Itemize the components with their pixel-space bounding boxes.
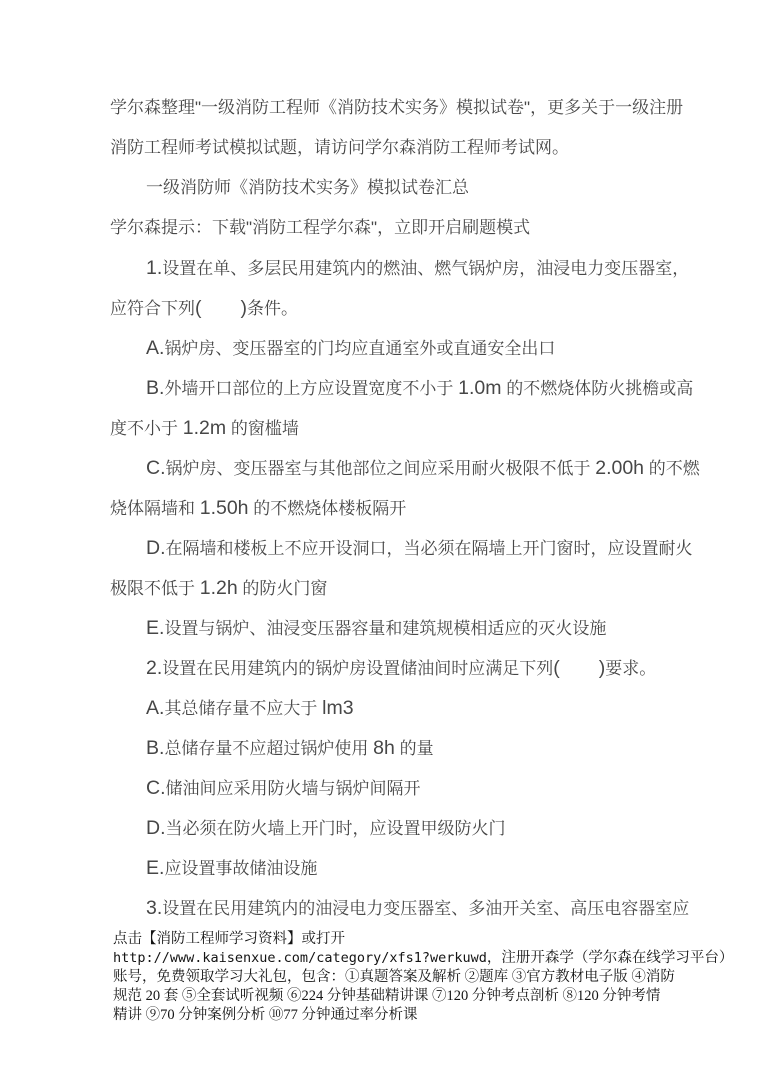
body-line: 度不小于 1.2m 的窗槛墙 [110,408,763,448]
url-link[interactable]: http://www.kaisenxue.com/category/xfs1?w… [113,950,487,966]
numeric-value: ( ) [195,297,247,319]
numeric-value: 1. [146,257,162,279]
numeric-value: A. [146,697,164,719]
document-page: 学尔森整理"一级消防工程师《消防技术实务》模拟试卷"，更多关于一级注册消防工程师… [0,0,763,1080]
text-run: 设置在单、多层民用建筑内的燃油、燃气锅炉房，油浸电力变压器室， [162,259,689,278]
numeric-value: 1.0m [458,377,501,399]
footer-line: 规范 20 套 ⑤全套试听视频 ⑥224 分钟基础精讲课 ⑦120 分钟考点剖析… [113,987,763,1006]
numeric-value: C. [146,777,166,799]
text-run: 学尔森整理"一级消防工程师《消防技术实务》模拟试卷"，更多关于一级注册 [110,98,683,117]
numeric-value: 1.2h [200,577,238,599]
footer-line: 账号，免费领取学习大礼包，包含：①真题答案及解析 ②题库 ③官方教材电子版 ④消… [113,968,763,987]
exam-body: 学尔森整理"一级消防工程师《消防技术实务》模拟试卷"，更多关于一级注册消防工程师… [0,0,763,928]
body-line: A.其总储存量不应大于 lm3 [110,688,763,728]
text-run: 烧体隔墙和 [110,499,200,518]
numeric-value: B. [146,377,164,399]
numeric-value: A. [146,337,164,359]
text-run: 其总储存量不应大于 [164,699,322,718]
text-run: 的窗槛墙 [226,419,299,438]
numeric-value: 2.00h [595,457,644,479]
text-run: ，注册开森学（学尔森在线学习平台） [487,950,734,966]
text-run: 储油间应采用防火墙与锅炉间隔开 [166,779,421,798]
text-run: 规范 20 套 ⑤全套试听视频 ⑥224 分钟基础精讲课 ⑦120 分钟考点剖析… [113,988,660,1004]
text-run: 总储存量不应超过锅炉使用 [164,739,373,758]
text-run: 应符合下列 [110,299,195,318]
text-run: 的量 [395,739,434,758]
numeric-value: 3. [146,897,162,919]
body-line: E.设置与锅炉、油浸变压器容量和建筑规模相适应的灭火设施 [110,608,763,648]
body-line: 极限不低于 1.2h 的防火门窗 [110,568,763,608]
body-line: B.总储存量不应超过锅炉使用 8h 的量 [110,728,763,768]
promo-footer: 点击【消防工程师学习资料】或打开http://www.kaisenxue.com… [0,928,763,1025]
numeric-value: D. [146,817,166,839]
numeric-value: 8h [373,737,395,759]
body-line: D.在隔墙和楼板上不应开设洞口，当必须在隔墙上开门窗时，应设置耐火 [110,528,763,568]
numeric-value: 1.2m [183,417,226,439]
body-line: E.应设置事故储油设施 [110,848,763,888]
body-line: 烧体隔墙和 1.50h 的不燃烧体楼板隔开 [110,488,763,528]
body-line: 3.设置在民用建筑内的油浸电力变压器室、多油开关室、高压电容器室应 [110,888,763,928]
text-run: 锅炉房、变压器室的门均应直通室外或直通安全出口 [164,339,555,358]
numeric-value: 2. [146,657,162,679]
text-run: 设置在民用建筑内的锅炉房设置储油间时应满足下列 [162,659,553,678]
body-line: 学尔森整理"一级消防工程师《消防技术实务》模拟试卷"，更多关于一级注册 [110,88,763,128]
text-run: 点击【消防工程师学习资料】或打开 [113,931,345,947]
text-run: 设置与锅炉、油浸变压器容量和建筑规模相适应的灭火设施 [164,619,606,638]
numeric-value: D. [146,537,166,559]
text-run: 一级消防师《消防技术实务》模拟试卷汇总 [146,178,469,197]
text-run: 条件。 [247,299,298,318]
body-line: 1.设置在单、多层民用建筑内的燃油、燃气锅炉房，油浸电力变压器室， [110,248,763,288]
numeric-value: C. [146,457,166,479]
numeric-value: B. [146,737,164,759]
footer-line: 精讲 ⑨70 分钟案例分析 ⑩77 分钟通过率分析课 [113,1006,763,1025]
body-line: 一级消防师《消防技术实务》模拟试卷汇总 [110,168,763,208]
body-line: 应符合下列( )条件。 [110,288,763,328]
text-run: 的不燃 [644,459,700,478]
text-run: 的不燃烧体防火挑檐或高 [502,379,694,398]
text-run: 极限不低于 [110,579,200,598]
text-run: 在隔墙和楼板上不应开设洞口，当必须在隔墙上开门窗时，应设置耐火 [166,539,693,558]
body-line: C.锅炉房、变压器室与其他部位之间应采用耐火极限不低于 2.00h 的不燃 [110,448,763,488]
text-run: 应设置事故储油设施 [164,859,317,878]
body-line: 消防工程师考试模拟试题，请访问学尔森消防工程师考试网。 [110,128,763,168]
footer-line: 点击【消防工程师学习资料】或打开 [113,930,763,949]
body-line: A.锅炉房、变压器室的门均应直通室外或直通安全出口 [110,328,763,368]
text-run: 锅炉房、变压器室与其他部位之间应采用耐火极限不低于 [166,459,596,478]
body-line: C.储油间应采用防火墙与锅炉间隔开 [110,768,763,808]
text-run: 精讲 ⑨70 分钟案例分析 ⑩77 分钟通过率分析课 [113,1007,418,1023]
numeric-value: E. [146,617,164,639]
body-line: D.当必须在防火墙上开门时，应设置甲级防火门 [110,808,763,848]
text-run: 账号，免费领取学习大礼包，包含：①真题答案及解析 ②题库 ③官方教材电子版 ④消… [113,969,675,985]
numeric-value: lm3 [322,697,353,719]
text-run: 设置在民用建筑内的油浸电力变压器室、多油开关室、高压电容器室应 [162,899,689,918]
text-run: 当必须在防火墙上开门时，应设置甲级防火门 [166,819,506,838]
body-line: 学尔森提示：下载"消防工程学尔森"，立即开启刷题模式 [110,208,763,248]
numeric-value: 1.50h [200,497,249,519]
text-run: 外墙开口部位的上方应设置宽度不小于 [164,379,458,398]
body-line: 2.设置在民用建筑内的锅炉房设置储油间时应满足下列( )要求。 [110,648,763,688]
body-line: B.外墙开口部位的上方应设置宽度不小于 1.0m 的不燃烧体防火挑檐或高 [110,368,763,408]
text-run: 学尔森提示：下载"消防工程学尔森"，立即开启刷题模式 [110,218,530,237]
text-run: 的防火门窗 [238,579,328,598]
text-run: 要求。 [605,659,656,678]
footer-line: http://www.kaisenxue.com/category/xfs1?w… [113,949,763,968]
text-run: 消防工程师考试模拟试题，请访问学尔森消防工程师考试网。 [110,138,569,157]
numeric-value: ( ) [553,657,605,679]
text-run: 的不燃烧体楼板隔开 [249,499,407,518]
numeric-value: E. [146,857,164,879]
text-run: 度不小于 [110,419,183,438]
